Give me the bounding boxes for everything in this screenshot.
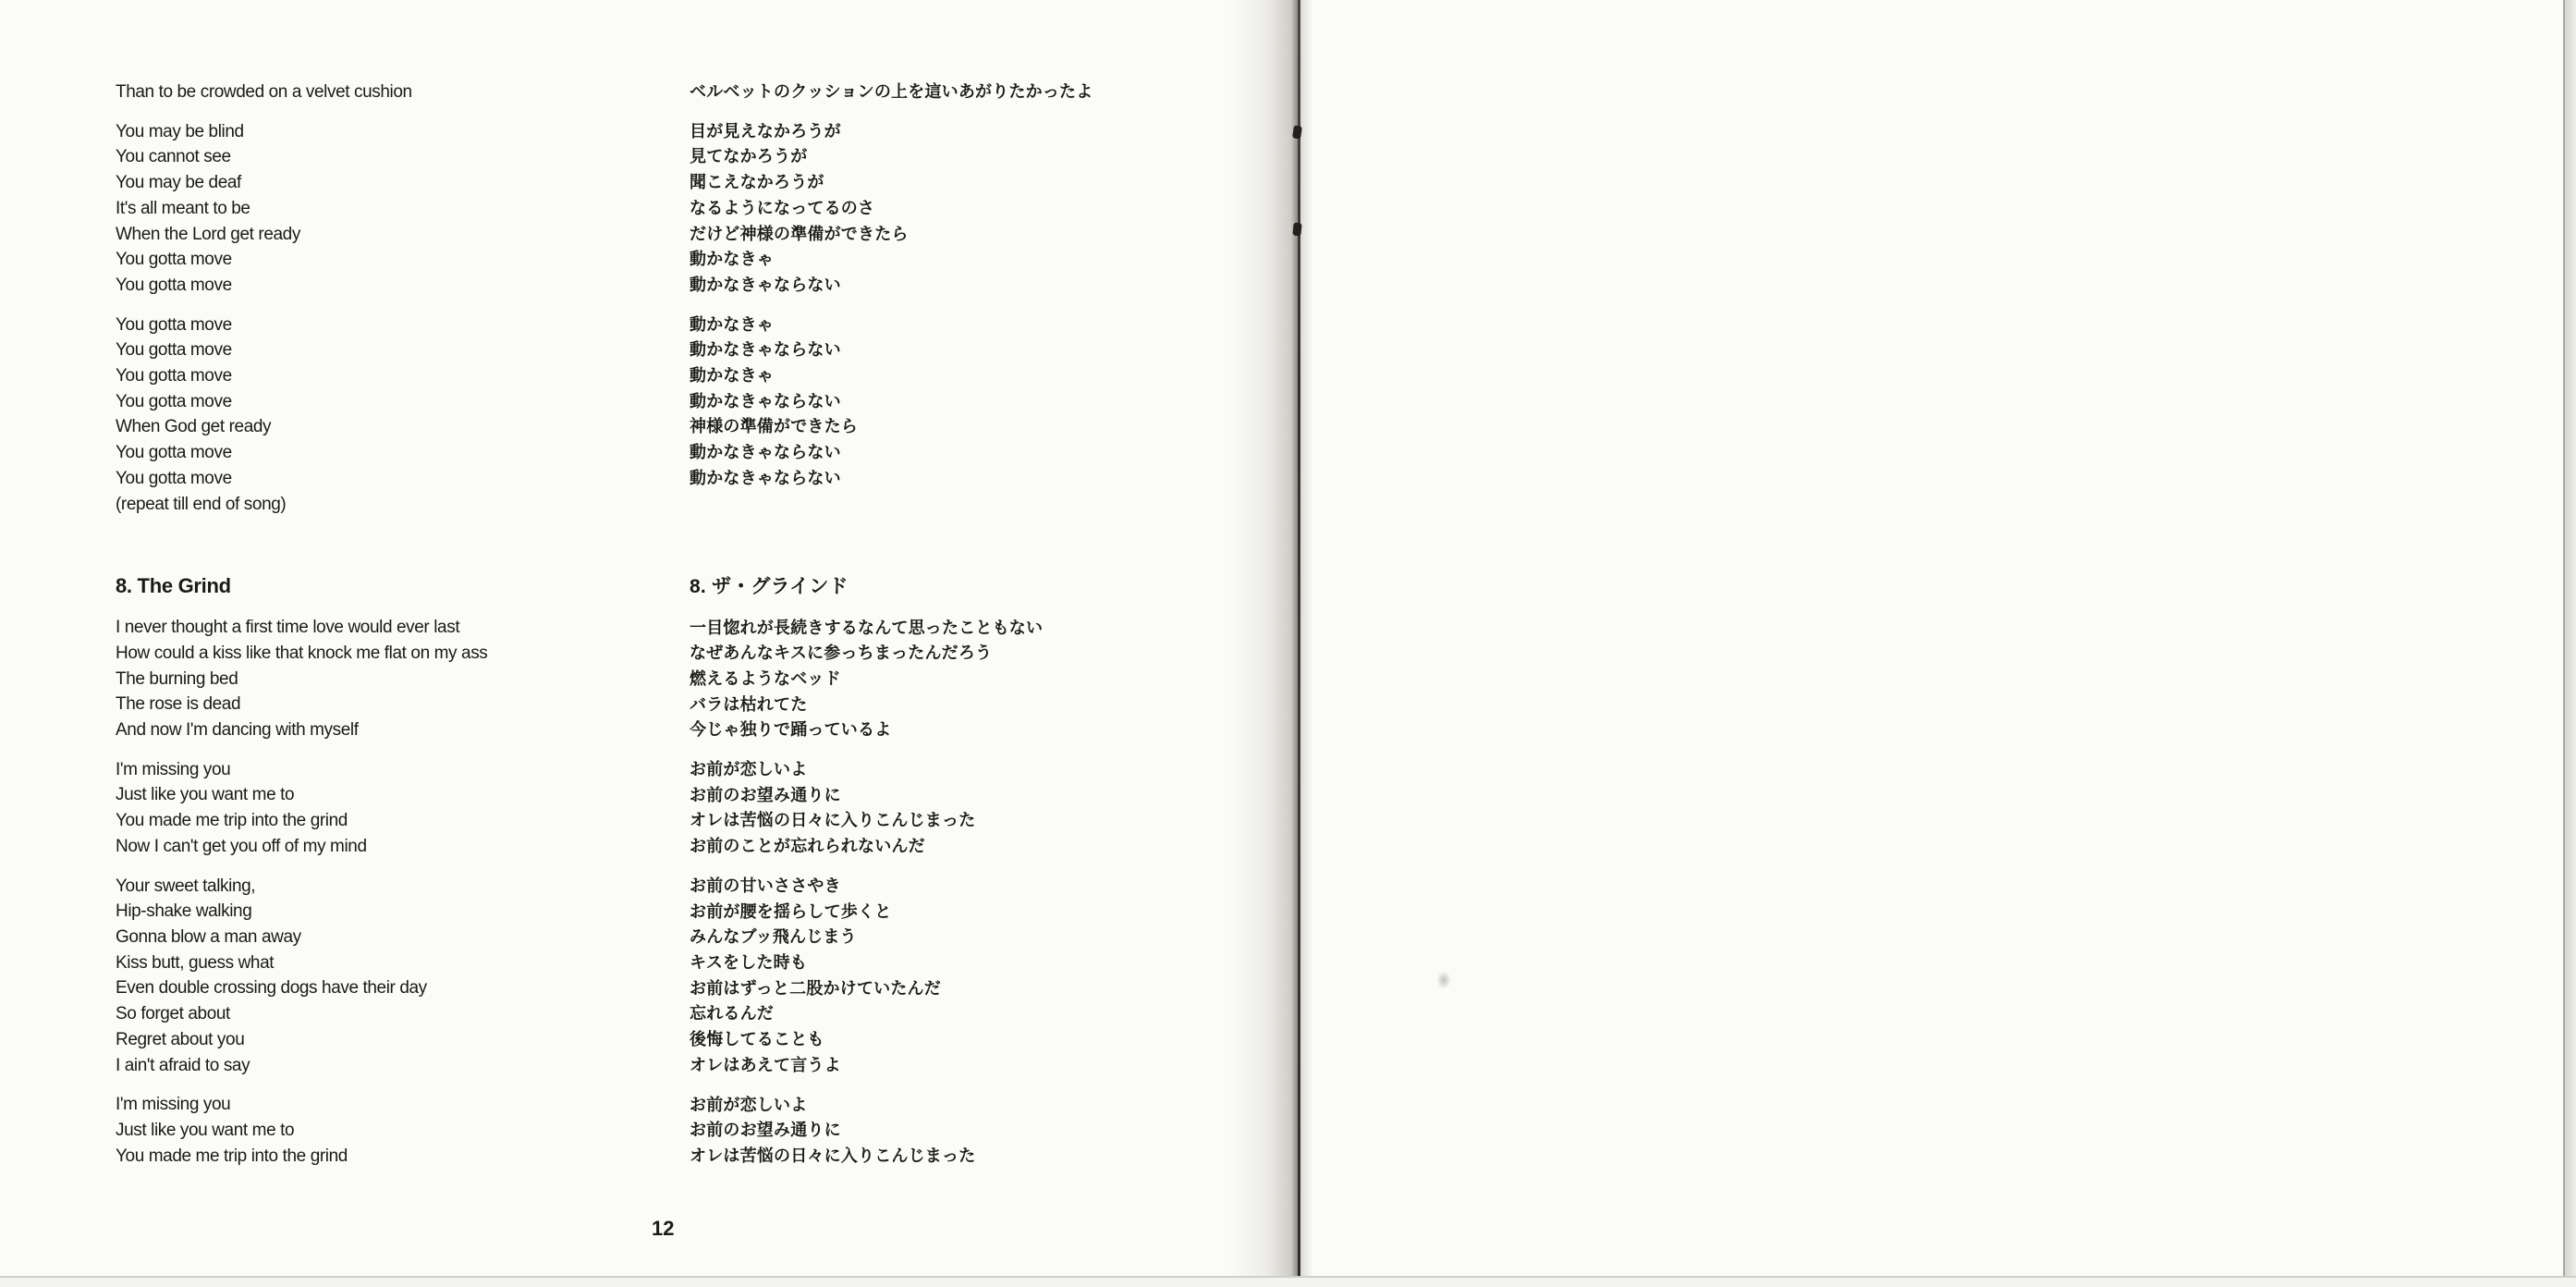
lyric-line: When the Lord get ready [116,222,652,248]
page-12: Than to be crowded on a velvet cushionYo… [0,0,1298,1287]
gutter-shadow-left [1227,0,1298,1287]
stanza: 一目惚れが長続きするなんて思ったこともないなぜあんなキスに参っちまったんだろう燃… [690,616,1272,744]
stanza: You may be blindYou cannot seeYou may be… [116,119,652,299]
lyric-line: なぜあんなキスに参っちまったんだろう [690,641,1272,667]
stanza: 目が見えなかろうが見てなかろうが聞こえなかろうがなるようになってるのさだけど神様… [690,119,1272,299]
stanza: I'm missing youJust like you want me toY… [116,1092,652,1169]
lyric-line: バラは枯れてた [690,693,1272,718]
page-number-left: 12 [652,1217,674,1241]
lyric-line: 動かなきゃならない [690,337,1272,363]
lyrics-column-english-left: Than to be crowded on a velvet cushionYo… [116,80,652,1183]
lyric-line: 目が見えなかろうが [690,119,1272,145]
song-heading: 8. The Grind [116,572,652,600]
lyric-line: お前のお望み通りに [690,1118,1272,1144]
lyric-line: I'm missing you [116,757,652,783]
stanza: You gotta moveYou gotta moveYou gotta mo… [116,313,652,518]
lyric-line: Kiss butt, guess what [116,950,652,976]
lyric-line: Your sweet talking, [116,874,652,900]
page-edge-bottom-band [0,1278,2576,1287]
lyric-line: 動かなきゃ [690,247,1272,273]
gutter-shadow-right [1300,0,1313,1287]
lyric-line: キスをした時も [690,950,1272,976]
lyric-line: 動かなきゃならない [690,273,1272,299]
lyric-line: Now I can't get you off of my mind [116,834,652,860]
song-heading: 8. ザ・グラインド [690,573,1272,601]
lyric-line: お前の甘いささやき [690,874,1272,900]
lyric-line: I ain't afraid to say [116,1053,652,1079]
lyric-line: It's all meant to be [116,196,652,222]
lyric-line: You made me trip into the grind [116,808,652,834]
lyric-line: How could a kiss like that knock me flat… [116,641,652,667]
stanza: 動かなきゃ動かなきゃならない動かなきゃ動かなきゃならない神様の準備ができたら動か… [690,313,1272,492]
lyric-line: お前が恋しいよ [690,757,1272,783]
lyric-line: So forget about [116,1001,652,1027]
lyric-line: I never thought a first time love would … [116,615,652,641]
lyric-line: You gotta move [116,337,652,363]
lyric-line: Regret about you [116,1027,652,1053]
page-edge-right-band [2565,0,2576,1287]
lyric-line: You gotta move [116,440,652,466]
lyric-line: You made me trip into the grind [116,1144,652,1170]
lyric-line: The burning bed [116,667,652,693]
lyric-line: オレは苦悩の日々に入りこんじまった [690,808,1272,834]
lyric-line: オレは苦悩の日々に入りこんじまった [690,1144,1272,1170]
lyric-line: I'm missing you [116,1092,652,1118]
lyric-line: 後悔してることも [690,1027,1272,1053]
stanza: お前の甘いささやきお前が腰を揺らして歩くとみんなブッ飛んじまうキスをした時もお前… [690,874,1272,1079]
lyric-line: Even double crossing dogs have their day [116,975,652,1001]
lyric-line: Hip-shake walking [116,899,652,925]
lyric-line: You cannot see [116,144,652,170]
lyric-line: You gotta move [116,273,652,299]
lyric-line: When God get ready [116,414,652,440]
stanza: Than to be crowded on a velvet cushion [116,80,652,105]
lyric-line: You gotta move [116,363,652,389]
lyric-line: だけど神様の準備ができたら [690,222,1272,248]
lyric-line: 動かなきゃならない [690,389,1272,415]
lyric-line: Than to be crowded on a velvet cushion [116,80,652,105]
lyric-line: You gotta move [116,247,652,273]
lyric-line: The rose is dead [116,692,652,717]
lyric-line: みんなブッ飛んじまう [690,925,1272,950]
lyric-line: お前はずっと二股かけていたんだ [690,976,1272,1002]
lyric-line: 見てなかろうが [690,144,1272,170]
lyric-line: 動かなきゃ [690,313,1272,338]
stanza: ベルベットのクッションの上を這いあがりたかったよ [690,80,1272,105]
lyric-line: ベルベットのクッションの上を這いあがりたかったよ [690,80,1272,105]
lyric-line: 神様の準備ができたら [690,414,1272,440]
lyric-line: You may be blind [116,119,652,145]
lyric-line: Just like you want me to [116,1118,652,1144]
lyric-line: なるようになってるのさ [690,196,1272,222]
lyric-line: You gotta move [116,466,652,492]
lyrics-column-japanese-left: ベルベットのクッションの上を這いあがりたかったよ目が見えなかろうが見てなかろうが… [690,80,1272,1183]
lyric-line: お前のお望み通りに [690,783,1272,809]
page-13: Now I can't get you offAnd the more I tr… [1298,0,2576,1287]
lyric-line: 聞こえなかろうが [690,170,1272,196]
lyric-line: お前が腰を揺らして歩くと [690,900,1272,925]
lyric-line: Gonna blow a man away [116,925,652,950]
lyric-line: You gotta move [116,389,652,415]
lyric-line: お前のことが忘れられないんだ [690,834,1272,860]
lyric-line: 燃えるようなベッド [690,667,1272,693]
lyric-line: 一目惚れが長続きするなんて思ったこともない [690,616,1272,642]
lyric-line: 動かなきゃならない [690,466,1272,492]
staple-bottom [1292,223,1301,237]
lyric-line: Just like you want me to [116,782,652,808]
lyric-line: 今じゃ独りで踊っているよ [690,717,1272,743]
lyric-line: You gotta move [116,313,652,338]
lyric-line: 動かなきゃならない [690,440,1272,466]
booklet-spread: Than to be crowded on a velvet cushionYo… [0,0,2576,1287]
lyric-line: (repeat till end of song) [116,492,652,518]
lyric-line: 忘れるんだ [690,1001,1272,1027]
lyric-line: 動かなきゃ [690,363,1272,389]
lyric-line: You may be deaf [116,170,652,196]
stanza: お前が恋しいよお前のお望み通りにオレは苦悩の日々に入りこんじまったお前のことが忘… [690,757,1272,860]
lyric-line: お前が恋しいよ [690,1093,1272,1119]
stanza: I'm missing youJust like you want me toY… [116,757,652,860]
stanza: お前が恋しいよお前のお望み通りにオレは苦悩の日々に入りこんじまった [690,1093,1272,1170]
stanza: Your sweet talking,Hip-shake walkingGonn… [116,874,652,1079]
stanza: I never thought a first time love would … [116,615,652,743]
lyric-line: And now I'm dancing with myself [116,717,652,743]
lyric-line: オレはあえて言うよ [690,1053,1272,1079]
scan-smudge [1436,971,1451,989]
